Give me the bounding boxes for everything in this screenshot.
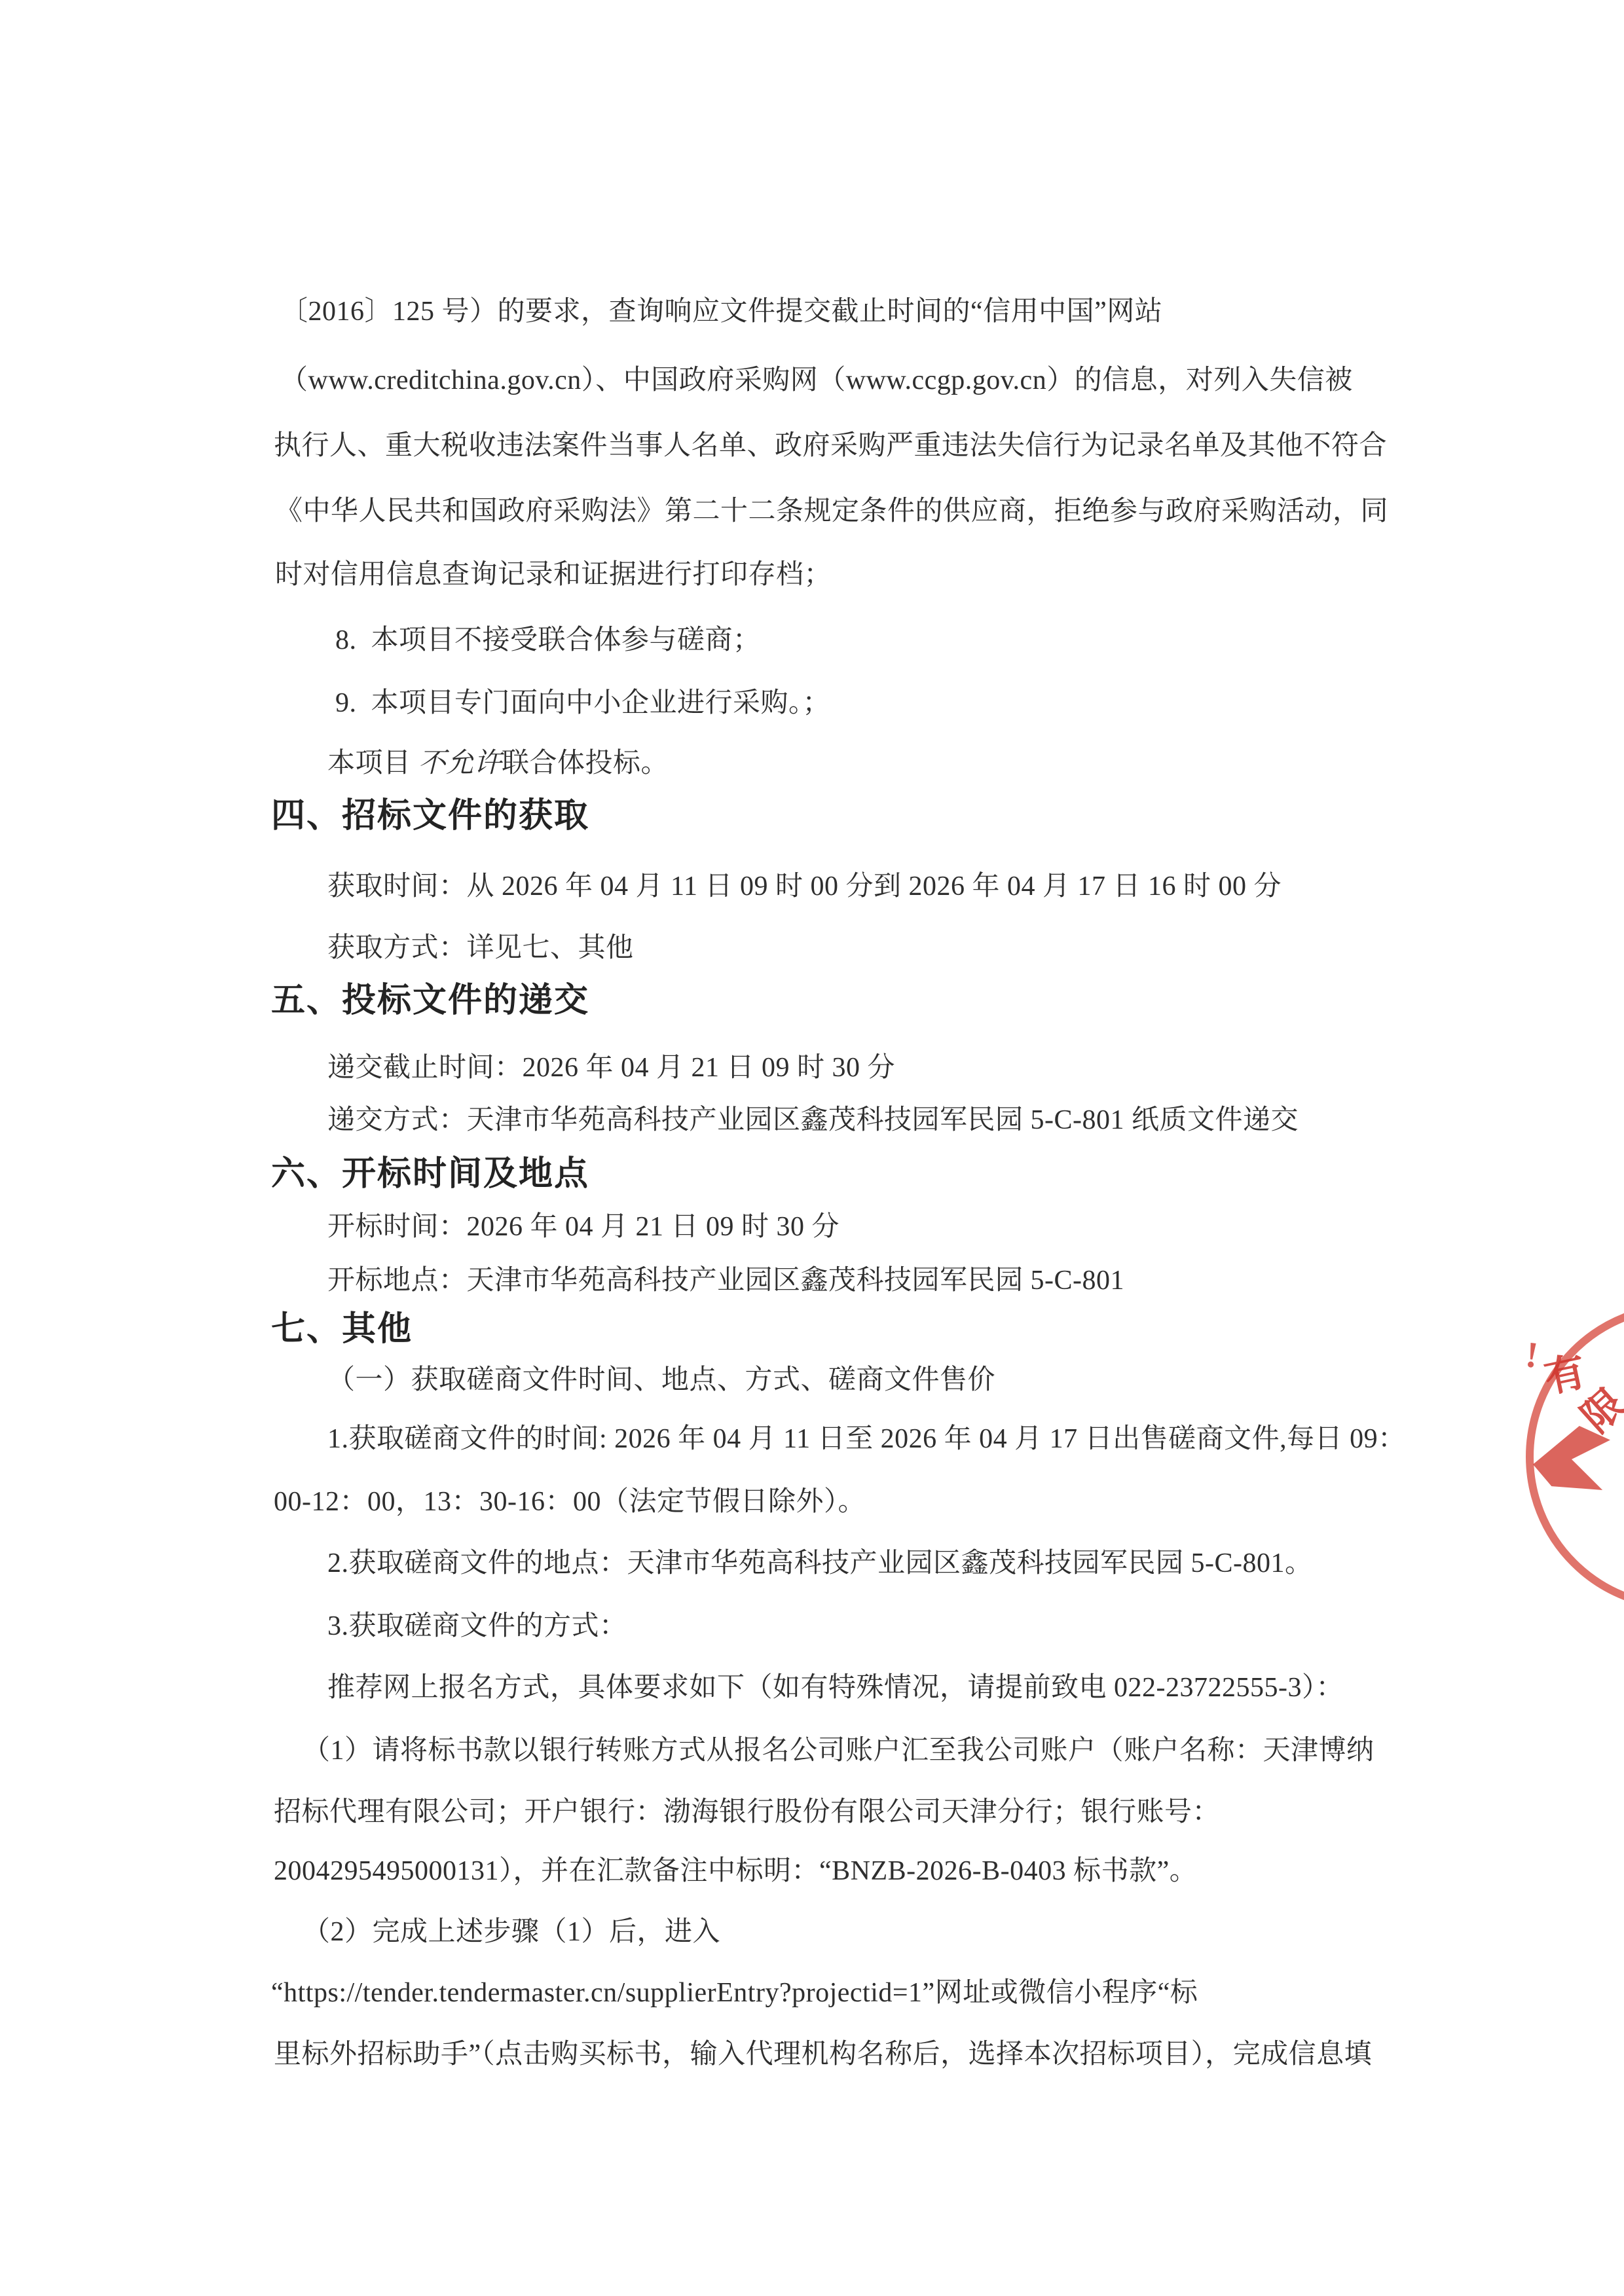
doc-sale-time-line: 1.获取磋商文件的时间: 2026 年 04 月 11 日至 2026 年 04…	[327, 1422, 1406, 1457]
body-line-credit-requirement: 〔2016〕125 号）的要求，查询响应文件提交截止时间的“信用中国”网站	[280, 295, 1162, 329]
section-heading-5-bid-submission: 五、投标文件的递交	[271, 979, 589, 1022]
submission-deadline-line: 递交截止时间：2026 年 04 月 21 日 09 时 30 分	[327, 1051, 895, 1085]
seal-edge-mark: !	[1523, 1334, 1540, 1377]
body-line-law-article22: 《中华人民共和国政府采购法》第二十二条规定条件的供应商，拒绝参与政府采购活动，同	[275, 494, 1388, 529]
section-heading-6-bid-opening: 六、开标时间及地点	[271, 1153, 589, 1195]
joint-bid-note-emphasis: 不允许	[418, 748, 502, 778]
body-line-credit-websites: （www.creditchina.gov.cn）、中国政府采购网（www.ccg…	[280, 363, 1353, 398]
doc-sale-place-line: 2.获取磋商文件的地点：天津市华苑高科技产业园区鑫茂科技园军民园 5-C-801…	[327, 1546, 1313, 1581]
miniprogram-instruction-line: 里标外招标助手”（点击购买标书，输入代理机构名称后，选择本次招标项目），完成信息…	[274, 2037, 1372, 2072]
step-1-bank-transfer-line: （1）请将标书款以银行转账方式从报名公司账户汇至我公司账户（账户名称：天津博纳	[303, 1734, 1375, 1768]
joint-bid-note-suffix: 联合体投标。	[502, 748, 669, 778]
scanned-tender-document-page: 〔2016〕125 号）的要求，查询响应文件提交截止时间的“信用中国”网站 （w…	[0, 0, 1624, 2296]
list-item-9: 9. 本项目专门面向中小企业进行采购。；	[335, 686, 830, 721]
doc-sale-hours-line: 00-12：00，13：30-16：00（法定节假日除外）。	[274, 1485, 866, 1520]
section-heading-4-document-obtain: 四、招标文件的获取	[271, 795, 589, 837]
body-line-dishonest-lists: 执行人、重大税收违法案件当事人名单、政府采购严重违法失信行为记录名单及其他不符合	[274, 429, 1387, 464]
step-2-enter-line: （2）完成上述步骤（1）后，进入	[303, 1915, 720, 1950]
opening-time-line: 开标时间：2026 年 04 月 21 日 09 时 30 分	[327, 1210, 840, 1245]
agency-bank-line: 招标代理有限公司；开户银行：渤海银行股份有限公司天津分行；银行账号：	[274, 1795, 1220, 1830]
subsection-1-title-line: （一）获取磋商文件时间、地点、方式、磋商文件售价	[327, 1363, 995, 1398]
joint-bid-note: 本项目 不允许联合体投标。	[327, 746, 669, 781]
obtain-time-line: 获取时间：从 2026 年 04 月 11 日 09 时 00 分到 2026 …	[327, 869, 1282, 904]
submission-method-line: 递交方式：天津市华苑高科技产业园区鑫茂科技园军民园 5-C-801 纸质文件递交	[327, 1103, 1299, 1138]
joint-bid-note-prefix: 本项目	[327, 748, 418, 778]
body-line-archive-records: 时对信用信息查询记录和证据进行打印存档；	[275, 558, 832, 592]
supplier-entry-url-line: “https://tender.tendermaster.cn/supplier…	[271, 1976, 1198, 2011]
opening-place-line: 开标地点：天津市华苑高科技产业园区鑫茂科技园军民园 5-C-801	[327, 1264, 1124, 1298]
section-heading-7-others: 七、其他	[271, 1308, 413, 1351]
account-number-remark-line: 2004295495000131），并在汇款备注中标明：“BNZB-2026-B…	[274, 1854, 1197, 1889]
obtain-method-line: 获取方式：详见七、其他	[327, 931, 634, 966]
list-item-8: 8. 本项目不接受联合体参与磋商；	[335, 623, 761, 658]
doc-obtain-way-line: 3.获取磋商文件的方式：	[327, 1609, 627, 1644]
online-registration-line: 推荐网上报名方式，具体要求如下（如有特殊情况，请提前致电 022-2372255…	[327, 1671, 1344, 1705]
